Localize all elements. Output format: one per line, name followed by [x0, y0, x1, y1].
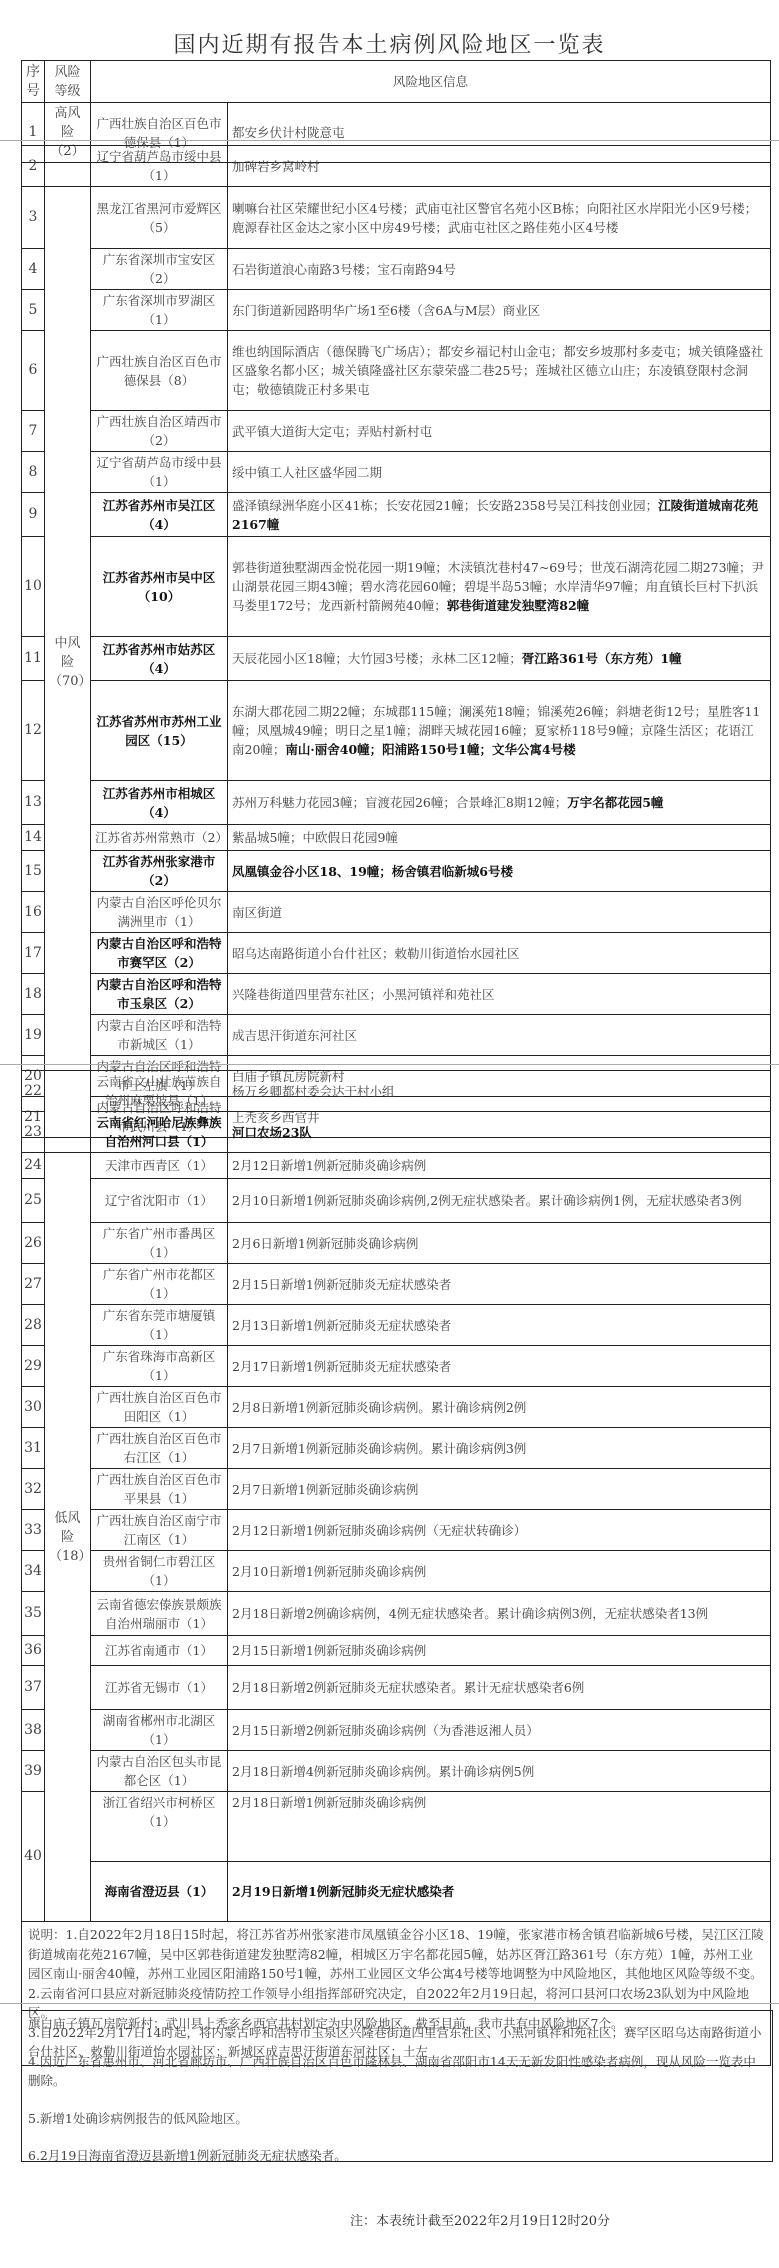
table-cell: 2月15日新增2例新冠肺炎确诊病例（为香港返湘人员） — [228, 1710, 771, 1751]
table-row: 26广东省广州市番禺区（1）2月6日新增1例新冠肺炎确诊病例 — [22, 1223, 771, 1264]
table-cell: 喇嘛台社区荣耀世纪小区4号楼；武庙屯社区警官名苑小区B栋；向阳社区水岸阳光小区9… — [228, 187, 771, 249]
table-row: 40浙江省绍兴市柯桥区（1）2月18日新增1例新冠肺炎确诊病例 — [22, 1792, 771, 1862]
table-row: 19内蒙古自治区呼和浩特市新城区（1）成吉思汗街道东河社区 — [22, 1015, 771, 1056]
footer-note: 注：本表统计截至2022年2月19日12时20分 — [350, 2210, 610, 2229]
note-3b: 旗白庙子镇瓦房院新村；武川县上秃亥乡西官井村划定为中风险地区。截至目前，我市共有… — [22, 2011, 772, 2037]
table-cell: 14 — [22, 825, 45, 851]
note-1: 说明：1.自2022年2月18日15时起，将江苏省苏州张家港市凤凰镇金谷小区18… — [28, 1925, 764, 1984]
table-cell: 2月19日新增1例新冠肺炎无症状感染者 — [228, 1862, 771, 1922]
table-cell: 广西壮族自治区百色市右江区（1） — [91, 1428, 228, 1469]
table-cell: 9 — [22, 493, 45, 537]
table-cell: 40 — [22, 1792, 45, 1922]
table-row: 38湖南省郴州市北湖区（1）2月15日新增2例新冠肺炎确诊病例（为香港返湘人员） — [22, 1710, 771, 1751]
table-cell: 江苏省苏州常熟市（2） — [91, 825, 228, 851]
table-row: 30广西壮族自治区百色市田阳区（1）2月8日新增1例新冠肺炎确诊病例。累计确诊病… — [22, 1387, 771, 1428]
table-cell: 13 — [22, 781, 45, 825]
table-cell: 杨万乡卿都村委会达干村小组 — [228, 1071, 771, 1112]
table-cell: 2月7日新增1例新冠肺炎确诊病例。累计确诊病例3例 — [228, 1428, 771, 1469]
table-cell: 26 — [22, 1223, 45, 1264]
table-cell: 昭乌达南路街道小台什社区；敕勒川街道怡水园社区 — [228, 933, 771, 974]
table-row: 13江苏省苏州市相城区（4）苏州万科魅力花园3幢；盲渡花园26幢；合景峰汇8期1… — [22, 781, 771, 825]
table-cell: 江苏省苏州市相城区（4） — [91, 781, 228, 825]
table-cell: 凤凰镇金谷小区18、19幢；杨舍镇君临新城6号楼 — [228, 851, 771, 892]
table-cell: 12 — [22, 681, 45, 781]
table-cell: 2月18日新增2例新冠肺炎无症状感染者。累计无症状感染者6例 — [228, 1666, 771, 1710]
table-row: 3中风险（70）黑龙江省黑河市爱辉区（5）喇嘛台社区荣耀世纪小区4号楼；武庙屯社… — [22, 187, 771, 249]
table-row: 25辽宁省沈阳市（1）2月10日新增1例新冠肺炎确诊病例,2例无症状感染者。累计… — [22, 1179, 771, 1223]
table-cell: 内蒙古自治区呼和浩特市赛罕区（2） — [91, 933, 228, 974]
notes-continued: 旗白庙子镇瓦房院新村；武川县上秃亥乡西官井村划定为中风险地区。截至目前，我市共有… — [21, 2010, 773, 2162]
table-cell: 海南省澄迈县（1） — [91, 1862, 228, 1922]
table-row: 16内蒙古自治区呼伦贝尔满洲里市（1）南区街道 — [22, 892, 771, 933]
table-cell — [45, 1071, 91, 1153]
table-cell: 34 — [22, 1551, 45, 1592]
table-row: 14江苏省苏州常熟市（2）紫晶城5幢；中欧假日花园9幢 — [22, 825, 771, 851]
table-cell: 2月13日新增1例新冠肺炎无症状感染者 — [228, 1305, 771, 1346]
table-cell: 内蒙古自治区呼伦贝尔满洲里市（1） — [91, 892, 228, 933]
table-cell: 苏州万科魅力花园3幢；盲渡花园26幢；合景峰汇8期12幢；万宇名都花园5幢 — [228, 781, 771, 825]
table-cell: 南区街道 — [228, 892, 771, 933]
table-cell: 2月18日新增4例新冠肺炎确诊病例。累计确诊病例5例 — [228, 1751, 771, 1792]
table-cell: 28 — [22, 1305, 45, 1346]
table-cell: 2月12日新增1例新冠肺炎确诊病例 — [228, 1153, 771, 1179]
table-cell: 内蒙古自治区呼和浩特市玉泉区（2） — [91, 974, 228, 1015]
table-row: 9江苏省苏州市吴江区（4）盛泽镇绿洲华庭小区41栋；长安花园21幢；长安路235… — [22, 493, 771, 537]
risk-table-mid: 2辽宁省葫芦岛市绥中县（1）加碑岩乡窝岭村 3中风险（70）黑龙江省黑河市爱辉区… — [21, 145, 771, 1138]
table-cell: 2 — [22, 146, 45, 187]
table-cell: 广东省深圳市宝安区（2） — [91, 249, 228, 290]
table-cell: 广西壮族自治区百色市平果县（1） — [91, 1469, 228, 1510]
table-cell: 辽宁省沈阳市（1） — [91, 1179, 228, 1223]
page-title: 国内近期有报告本土病例风险地区一览表 — [0, 28, 779, 59]
table-cell: 2月6日新增1例新冠肺炎确诊病例 — [228, 1223, 771, 1264]
table-cell: 江苏省苏州市吴中区（10） — [91, 537, 228, 637]
table-cell: 广西壮族自治区百色市田阳区（1） — [91, 1387, 228, 1428]
table-cell: 广东省珠海市高新区（1） — [91, 1346, 228, 1387]
table-cell: 广西壮族自治区靖西市（2） — [91, 411, 228, 452]
table-cell: 江苏省无锡市（1） — [91, 1666, 228, 1710]
table-row: 39内蒙古自治区包头市昆都仑区（1）2月18日新增4例新冠肺炎确诊病例。累计确诊… — [22, 1751, 771, 1792]
table-cell: 天津市西青区（1） — [91, 1153, 228, 1179]
table-cell: 33 — [22, 1510, 45, 1551]
table-cell: 15 — [22, 851, 45, 892]
table-cell: 2月12日新增1例新冠肺炎确诊病例（无症状转确诊） — [228, 1510, 771, 1551]
table-cell: 河口农场23队 — [228, 1112, 771, 1153]
table-header: 序号 风险等级 风险地区信息 — [22, 61, 771, 103]
table-cell: 广西壮族自治区百色市德保县（8） — [91, 331, 228, 411]
table-cell: 2月15日新增1例新冠肺炎无症状感染者 — [228, 1264, 771, 1305]
table-row: 6广西壮族自治区百色市德保县（8）维也纳国际酒店（德保腾飞广场店）；都安乡福记村… — [22, 331, 771, 411]
table-cell: 石岩街道浪心南路3号楼；宝石南路94号 — [228, 249, 771, 290]
table-cell: 6 — [22, 331, 45, 411]
table-cell: 贵州省铜仁市碧江区（1） — [91, 1551, 228, 1592]
table-cell: 7 — [22, 411, 45, 452]
header-level: 风险等级 — [45, 61, 91, 103]
table-row: 10江苏省苏州市吴中区（10）郭巷街道独墅湖西金悦花园一期19幢；木渎镇沈巷村4… — [22, 537, 771, 637]
table-cell: 加碑岩乡窝岭村 — [228, 146, 771, 187]
table-row: 34贵州省铜仁市碧江区（1）2月10日新增1例新冠肺炎确诊病例 — [22, 1551, 771, 1592]
table-cell: 绥中镇工人社区盛华园二期 — [228, 452, 771, 493]
table-cell: 东门街道新园路明华广场1至6楼（含6A与M层）商业区 — [228, 290, 771, 331]
table-cell: 广东省深圳市罗湖区（1） — [91, 290, 228, 331]
table-cell: 3 — [22, 187, 45, 249]
table-row: 29广东省珠海市高新区（1）2月17日新增1例新冠肺炎无症状感染者 — [22, 1346, 771, 1387]
table-cell: 内蒙古自治区呼和浩特市新城区（1） — [91, 1015, 228, 1056]
table-cell: 紫晶城5幢；中欧假日花园9幢 — [228, 825, 771, 851]
table-cell: 广西壮族自治区南宁市江南区（1） — [91, 1510, 228, 1551]
table-cell: 2月8日新增1例新冠肺炎确诊病例。累计确诊病例2例 — [228, 1387, 771, 1428]
table-row: 4广东省深圳市宝安区（2）石岩街道浪心南路3号楼；宝石南路94号 — [22, 249, 771, 290]
table-cell: 30 — [22, 1387, 45, 1428]
table-cell: 2月15日新增1例新冠肺炎确诊病例 — [228, 1636, 771, 1666]
note-4: 4.因近广东省惠州市、河北省廊坊市、广西壮族自治区百色市隆林县、湖南省邵阳市14… — [22, 2049, 772, 2094]
table-cell: 兴隆巷街道四里营东社区；小黑河镇祥和苑社区 — [228, 974, 771, 1015]
table-row: 37江苏省无锡市（1）2月18日新增2例新冠肺炎无症状感染者。累计无症状感染者6… — [22, 1666, 771, 1710]
table-cell: 成吉思汗街道东河社区 — [228, 1015, 771, 1056]
table-cell: 11 — [22, 637, 45, 681]
table-row: 22云南省文山壮族苗族自治州麻栗坡县（1）杨万乡卿都村委会达干村小组 — [22, 1071, 771, 1112]
table-cell: 郭巷街道独墅湖西金悦花园一期19幢；木渎镇沈巷村47~69号；世茂石湖湾花园二期… — [228, 537, 771, 637]
table-cell: 17 — [22, 933, 45, 974]
table-cell: 东湖大郡花园二期22幢；东城郡115幢；澜溪苑18幢；锦溪苑26幢；斜塘老街12… — [228, 681, 771, 781]
table-cell: 广东省广州市番禺区（1） — [91, 1223, 228, 1264]
table-cell: 盛泽镇绿洲华庭小区41栋；长安花园21幢；长安路2358号吴江科技创业园；江陵街… — [228, 493, 771, 537]
table-row: 24低风险（18）天津市西青区（1）2月12日新增1例新冠肺炎确诊病例 — [22, 1153, 771, 1179]
table-cell: 广东省东莞市塘厦镇（1） — [91, 1305, 228, 1346]
table-cell: 武平镇大道街大定屯；弄贴村新村屯 — [228, 411, 771, 452]
table-row: 27广东省广州市花都区（1）2月15日新增1例新冠肺炎无症状感染者 — [22, 1264, 771, 1305]
table-cell: 2月7日新增1例新冠肺炎确诊病例 — [228, 1469, 771, 1510]
table-cell: 天辰花园小区18幢；大竹园3号楼；永林二区12幢；胥江路361号（东方苑）1幢 — [228, 637, 771, 681]
table-cell: 浙江省绍兴市柯桥区（1） — [91, 1792, 228, 1862]
table-cell: 黑龙江省黑河市爱辉区（5） — [91, 187, 228, 249]
table-row: 31广西壮族自治区百色市右江区（1）2月7日新增1例新冠肺炎确诊病例。累计确诊病… — [22, 1428, 771, 1469]
table-row: 17内蒙古自治区呼和浩特市赛罕区（2）昭乌达南路街道小台什社区；敕勒川街道怡水园… — [22, 933, 771, 974]
table-row: 8辽宁省葫芦岛市绥中县（1）绥中镇工人社区盛华园二期 — [22, 452, 771, 493]
table-row: 12江苏省苏州市苏州工业园区（15）东湖大郡花园二期22幢；东城郡115幢；澜溪… — [22, 681, 771, 781]
table-cell: 16 — [22, 892, 45, 933]
level-low: 低风险（18） — [45, 1153, 91, 1922]
table-cell: 江苏省苏州市姑苏区（4） — [91, 637, 228, 681]
table-cell: 39 — [22, 1751, 45, 1792]
table-cell: 江苏省苏州张家港市（2） — [91, 851, 228, 892]
header-info: 风险地区信息 — [91, 61, 771, 103]
note-5: 5.新增1处确诊病例报告的低风险地区。 — [22, 2106, 772, 2132]
table-cell: 湖南省郴州市北湖区（1） — [91, 1710, 228, 1751]
table-row: 18内蒙古自治区呼和浩特市玉泉区（2）兴隆巷街道四里营东社区；小黑河镇祥和苑社区 — [22, 974, 771, 1015]
table-cell: 27 — [22, 1264, 45, 1305]
table-row: 28广东省东莞市塘厦镇（1）2月13日新增1例新冠肺炎无症状感染者 — [22, 1305, 771, 1346]
table-row: 11江苏省苏州市姑苏区（4）天辰花园小区18幢；大竹园3号楼；永林二区12幢；胥… — [22, 637, 771, 681]
table-cell: 维也纳国际酒店（德保腾飞广场店）；都安乡福记村山金屯；都安乡坡那村多麦屯；城关镇… — [228, 331, 771, 411]
level-mid: 中风险（70） — [45, 187, 91, 1138]
table-cell: 2月18日新增2例确诊病例，4例无症状感染者。累计确诊病例3例，无症状感染者13… — [228, 1592, 771, 1636]
table-cell: 2月17日新增1例新冠肺炎无症状感染者 — [228, 1346, 771, 1387]
table-cell: 32 — [22, 1469, 45, 1510]
table-cell: 江苏省南通市（1） — [91, 1636, 228, 1666]
table-row: 2辽宁省葫芦岛市绥中县（1）加碑岩乡窝岭村 — [22, 146, 771, 187]
header-seq: 序号 — [22, 61, 45, 103]
table-cell: 辽宁省葫芦岛市绥中县（1） — [91, 452, 228, 493]
table-row: 5广东省深圳市罗湖区（1）东门街道新园路明华广场1至6楼（含6A与M层）商业区 — [22, 290, 771, 331]
table-cell — [45, 146, 91, 187]
table-cell: 辽宁省葫芦岛市绥中县（1） — [91, 146, 228, 187]
table-cell: 31 — [22, 1428, 45, 1469]
table-cell: 24 — [22, 1153, 45, 1179]
table-cell: 2月18日新增1例新冠肺炎确诊病例 — [228, 1792, 771, 1862]
table-cell: 19 — [22, 1015, 45, 1056]
table-cell: 5 — [22, 290, 45, 331]
table-cell: 22 — [22, 1071, 45, 1112]
table-cell: 云南省德宏傣族景颇族自治州瑞丽市（1） — [91, 1592, 228, 1636]
table-row: 7广西壮族自治区靖西市（2）武平镇大道街大定屯；弄贴村新村屯 — [22, 411, 771, 452]
table-cell: 江苏省苏州市苏州工业园区（15） — [91, 681, 228, 781]
table-cell: 23 — [22, 1112, 45, 1153]
table-row: 36江苏省南通市（1）2月15日新增1例新冠肺炎确诊病例 — [22, 1636, 771, 1666]
risk-table-low: 22云南省文山壮族苗族自治州麻栗坡县（1）杨万乡卿都村委会达干村小组 23云南省… — [21, 1070, 771, 2066]
table-cell: 25 — [22, 1179, 45, 1223]
table-cell: 云南省文山壮族苗族自治州麻栗坡县（1） — [91, 1071, 228, 1112]
table-cell: 2月10日新增1例新冠肺炎确诊病例,2例无症状感染者。累计确诊病例1例，无症状感… — [228, 1179, 771, 1223]
table-cell: 云南省红河哈尼族彝族自治州河口县（1） — [91, 1112, 228, 1153]
table-row: 海南省澄迈县（1）2月19日新增1例新冠肺炎无症状感染者 — [22, 1862, 771, 1922]
table-cell: 35 — [22, 1592, 45, 1636]
table-cell: 8 — [22, 452, 45, 493]
table-cell: 29 — [22, 1346, 45, 1387]
table-cell: 10 — [22, 537, 45, 637]
table-row: 15江苏省苏州张家港市（2）凤凰镇金谷小区18、19幢；杨舍镇君临新城6号楼 — [22, 851, 771, 892]
table-row: 35云南省德宏傣族景颇族自治州瑞丽市（1）2月18日新增2例确诊病例，4例无症状… — [22, 1592, 771, 1636]
table-cell: 37 — [22, 1666, 45, 1710]
table-row: 32广西壮族自治区百色市平果县（1）2月7日新增1例新冠肺炎确诊病例 — [22, 1469, 771, 1510]
table-cell: 广东省广州市花都区（1） — [91, 1264, 228, 1305]
table-cell: 2月10日新增1例新冠肺炎确诊病例 — [228, 1551, 771, 1592]
table-cell: 江苏省苏州市吴江区（4） — [91, 493, 228, 537]
table-cell: 18 — [22, 974, 45, 1015]
table-row: 33广西壮族自治区南宁市江南区（1）2月12日新增1例新冠肺炎确诊病例（无症状转… — [22, 1510, 771, 1551]
table-row: 23云南省红河哈尼族彝族自治州河口县（1）河口农场23队 — [22, 1112, 771, 1153]
table-cell: 36 — [22, 1636, 45, 1666]
table-cell: 4 — [22, 249, 45, 290]
table-cell: 38 — [22, 1710, 45, 1751]
table-cell: 内蒙古自治区包头市昆都仑区（1） — [91, 1751, 228, 1792]
note-6: 6.2月19日海南省澄迈县新增1例新冠肺炎无症状感染者。 — [22, 2143, 772, 2169]
